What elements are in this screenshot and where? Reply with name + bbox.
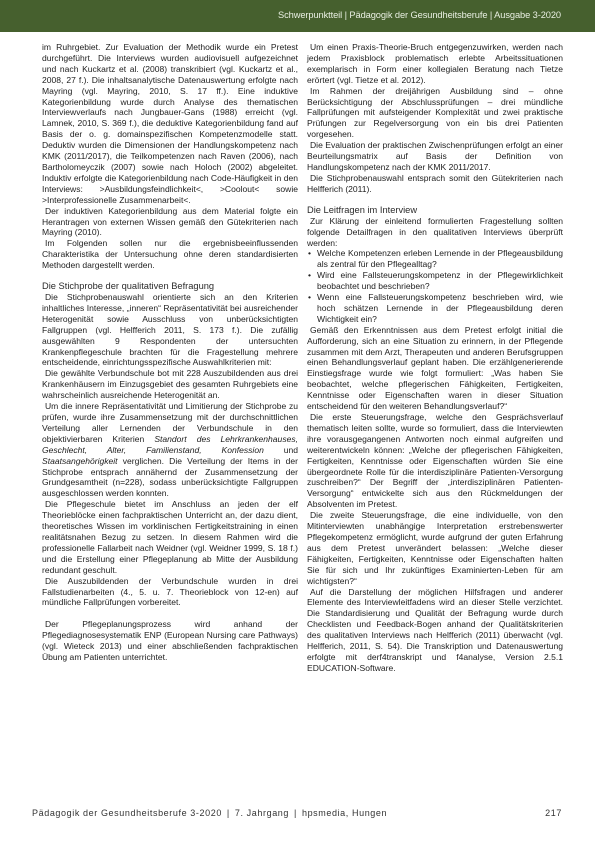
- footer-publisher: hpsmedia, Hungen: [302, 808, 387, 818]
- list-item: Wird eine Fallsteuerungskompetenz in der…: [317, 270, 563, 292]
- paragraph: Der Pflegeplanungsprozess wird anhand de…: [42, 619, 298, 663]
- list-item: Welche Kompetenzen erleben Lernende in d…: [317, 248, 563, 270]
- page-footer: Pädagogik der Gesundheitsberufe 3-2020|7…: [32, 808, 562, 818]
- footer-journal: Pädagogik der Gesundheitsberufe 3-2020: [32, 808, 222, 818]
- paragraph: Die Pflegeschule bietet im Anschluss an …: [42, 499, 298, 575]
- section-heading-interview-questions: Die Leitfragen im Interview: [307, 205, 563, 216]
- page-number: 217: [545, 808, 562, 818]
- paragraph: Im Rahmen der dreijährigen Ausbildung si…: [307, 86, 563, 141]
- paragraph: Im Folgenden sollen nur die ergebnisbeei…: [42, 238, 298, 271]
- paragraph: Der induktiven Kategorienbildung aus dem…: [42, 206, 298, 239]
- list-item: Wenn eine Fallsteuerungskompetenz beschr…: [317, 292, 563, 325]
- header-title: Schwerpunktteil | Pädagogik der Gesundhe…: [278, 10, 561, 20]
- paragraph: Zur Klärung der einleitend formulierten …: [307, 216, 563, 249]
- paragraph: im Ruhrgebiet. Zur Evaluation der Method…: [42, 42, 298, 206]
- paragraph: Die gewählte Verbundschule bot mit 228 A…: [42, 368, 298, 401]
- paragraph: Die erste Steuerungsfrage, welche den Ge…: [307, 412, 563, 510]
- paragraph: Die zweite Steuerungsfrage, die eine ind…: [307, 510, 563, 586]
- paragraph: Die Auszubildenden der Verbundschule wur…: [42, 576, 298, 609]
- paragraph: Die Stichprobenauswahl entsprach somit d…: [307, 173, 563, 195]
- section-heading-sample: Die Stichprobe der qualitativen Befragun…: [42, 281, 298, 292]
- paragraph: Gemäß den Erkenntnissen aus dem Pretest …: [307, 325, 563, 412]
- paragraph: Auf die Darstellung der möglichen Hilfsf…: [307, 587, 563, 674]
- paragraph: Um einen Praxis-Theorie-Bruch entgegenzu…: [307, 42, 563, 86]
- right-column: Um einen Praxis-Theorie-Bruch entgegenzu…: [307, 42, 563, 674]
- text-span: und: [264, 445, 298, 455]
- left-column: im Ruhrgebiet. Zur Evaluation der Method…: [42, 42, 298, 663]
- paragraph: Die Evaluation der praktischen Zwischenp…: [307, 140, 563, 173]
- emphasis-nationality: Staatsangehörigkeit: [42, 456, 118, 466]
- paragraph: Um die innere Repräsentativität und Limi…: [42, 401, 298, 499]
- footer-volume: 7. Jahrgang: [235, 808, 289, 818]
- footer-separator: |: [222, 808, 235, 818]
- paragraph: Die Stichprobenauswahl orientierte sich …: [42, 292, 298, 368]
- question-list: Welche Kompetenzen erleben Lernende in d…: [307, 248, 563, 324]
- running-header: Schwerpunktteil | Pädagogik der Gesundhe…: [0, 0, 595, 32]
- footer-separator: |: [289, 808, 302, 818]
- spacer: [42, 608, 298, 619]
